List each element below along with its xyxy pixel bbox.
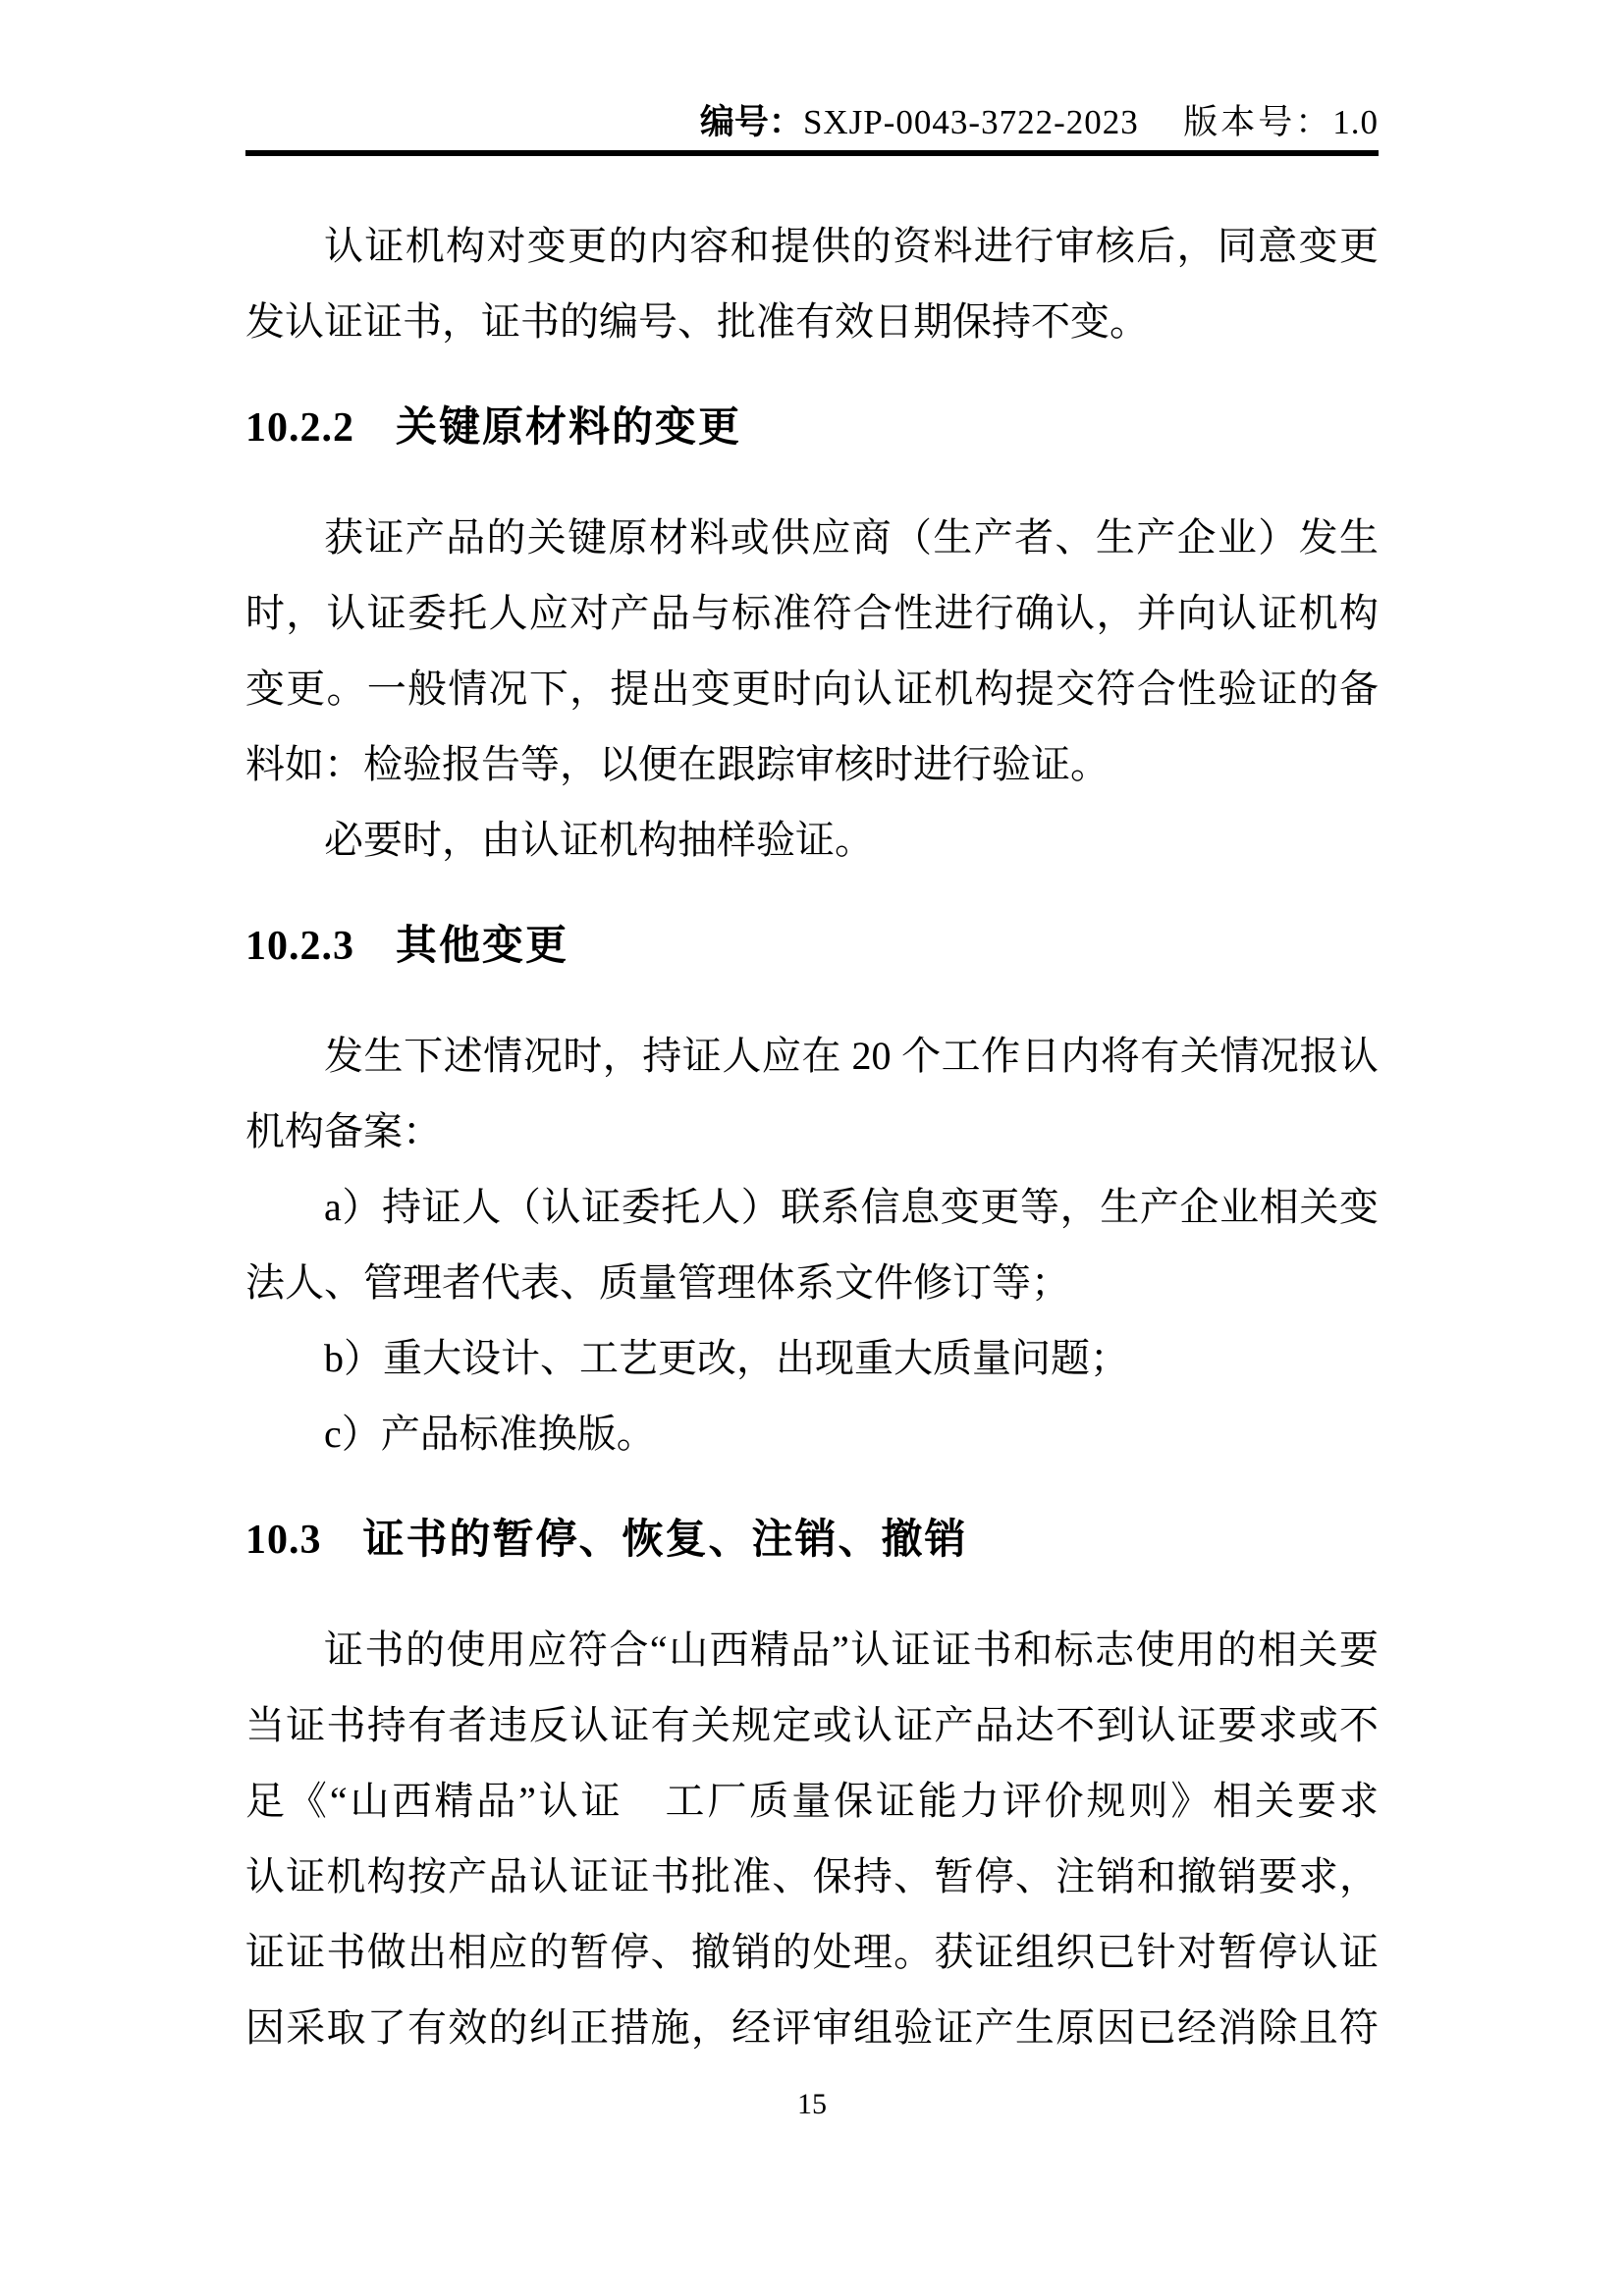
text-line: 法人、管理者代表、质量管理体系文件修订等； — [245, 1245, 1379, 1320]
text-line: 因采取了有效的纠正措施，经评审组验证产生原因已经消除且符合相 — [245, 1990, 1379, 2065]
text-line: 证书的使用应符合“山西精品”认证证书和标志使用的相关要求。 — [245, 1612, 1379, 1687]
document-page: 编号：SXJP-0043-3722-2023版本号：1.0 认证机构对变更的内容… — [0, 0, 1624, 2296]
paragraph: 认证机构对变更的内容和提供的资料进行审核后，同意变更并换发认证证书，证书的编号、… — [245, 208, 1379, 359]
text-line: 获证产品的关键原材料或供应商（生产者、生产企业）发生变化 — [245, 500, 1379, 575]
paragraph: b）重大设计、工艺更改，出现重大质量问题； — [245, 1320, 1379, 1396]
paragraph: a）持证人（认证委托人）联系信息变更等，生产企业相关变化：法人、管理者代表、质量… — [245, 1169, 1379, 1320]
section-title: 关键原材料的变更 — [396, 403, 741, 450]
paragraph: 获证产品的关键原材料或供应商（生产者、生产企业）发生变化时，认证委托人应对产品与… — [245, 500, 1379, 802]
section-number: 10.3 — [245, 1518, 322, 1563]
text-line: 料如：检验报告等，以便在跟踪审核时进行验证。 — [245, 726, 1379, 802]
text-line: c）产品标准换版。 — [245, 1396, 1379, 1471]
doc-number-label: 编号： — [700, 103, 803, 141]
text-line: 发认证证书，证书的编号、批准有效日期保持不变。 — [245, 284, 1379, 359]
paragraph: c）产品标准换版。 — [245, 1396, 1379, 1471]
text-line: 变更。一般情况下，提出变更时向认证机构提交符合性验证的备案资 — [245, 651, 1379, 726]
paragraph: 必要时，由认证机构抽样验证。 — [245, 802, 1379, 878]
doc-number-value: SXJP-0043-3722-2023 — [803, 103, 1139, 141]
page-number: 15 — [797, 2088, 827, 2120]
section-number: 10.2.3 — [245, 924, 354, 969]
paragraph: 发生下述情况时，持证人应在 20 个工作日内将有关情况报认证机构备案： — [245, 1018, 1379, 1169]
text-line: 认证机构按产品认证证书批准、保持、暂停、注销和撤销要求，对认 — [245, 1839, 1379, 1914]
section-heading: 10.2.2关键原材料的变更 — [245, 389, 1379, 464]
version-label: 版本号： — [1183, 103, 1332, 141]
text-line: 证证书做出相应的暂停、撤销的处理。获证组织已针对暂停认证的原 — [245, 1914, 1379, 1990]
page-header: 编号：SXJP-0043-3722-2023版本号：1.0 — [245, 99, 1379, 156]
text-line: b）重大设计、工艺更改，出现重大质量问题； — [245, 1320, 1379, 1396]
section-heading: 10.2.3其他变更 — [245, 907, 1379, 983]
document-body: 认证机构对变更的内容和提供的资料进行审核后，同意变更并换发认证证书，证书的编号、… — [245, 208, 1379, 2065]
text-line: 时，认证委托人应对产品与标准符合性进行确认，并向认证机构提出 — [245, 575, 1379, 651]
section-title: 其他变更 — [396, 922, 568, 968]
text-line: 足《“山西精品”认证 工厂质量保证能力评价规则》相关要求时， — [245, 1763, 1379, 1839]
section-heading: 10.3证书的暂停、恢复、注销、撤销 — [245, 1501, 1379, 1576]
text-line: 必要时，由认证机构抽样验证。 — [245, 802, 1379, 878]
version-value: 1.0 — [1332, 103, 1379, 141]
section-title: 证书的暂停、恢复、注销、撤销 — [363, 1516, 968, 1562]
section-number: 10.2.2 — [245, 405, 354, 451]
paragraph: 证书的使用应符合“山西精品”认证证书和标志使用的相关要求。当证书持有者违反认证有… — [245, 1612, 1379, 2065]
page-footer: 15 — [0, 2085, 1624, 2124]
text-line: 认证机构对变更的内容和提供的资料进行审核后，同意变更并换 — [245, 208, 1379, 284]
text-line: 发生下述情况时，持证人应在 20 个工作日内将有关情况报认证 — [245, 1018, 1379, 1094]
text-line: 机构备案： — [245, 1094, 1379, 1169]
text-line: a）持证人（认证委托人）联系信息变更等，生产企业相关变化： — [245, 1169, 1379, 1245]
text-line: 当证书持有者违反认证有关规定或认证产品达不到认证要求或不满 — [245, 1687, 1379, 1763]
